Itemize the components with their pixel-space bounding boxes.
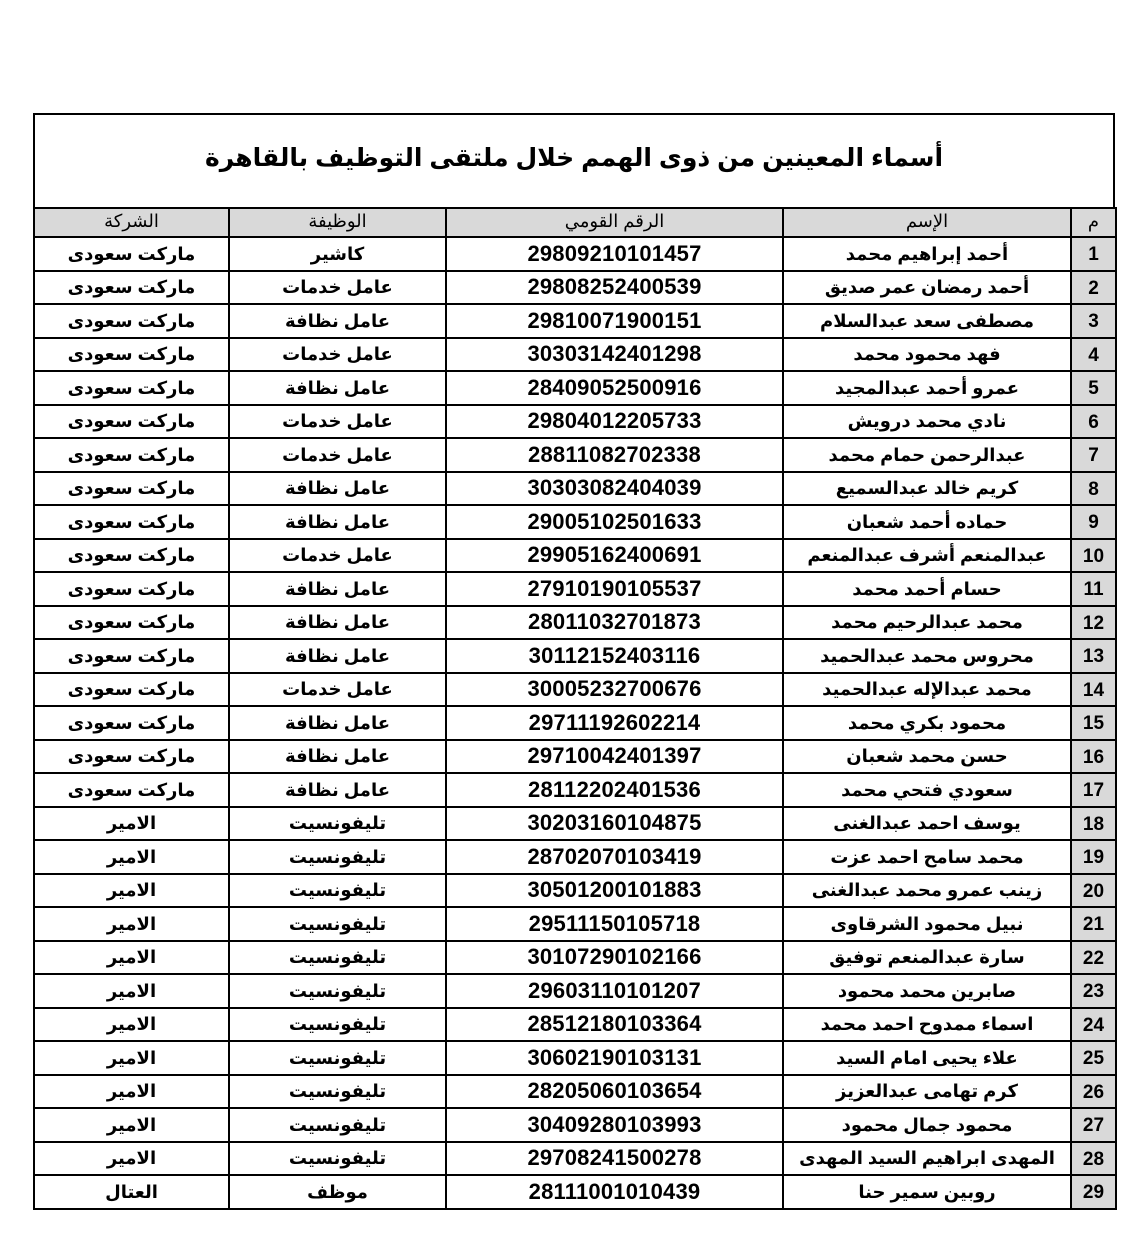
table-row: 10عبدالمنعم أشرف عبدالمنعم29905162400691…: [34, 539, 1116, 573]
cell-job: عامل نظافة: [229, 472, 446, 506]
table-row: 25علاء يحيى امام السيد30602190103131تليف…: [34, 1041, 1116, 1075]
cell-job: عامل نظافة: [229, 706, 446, 740]
cell-index: 1: [1071, 237, 1116, 271]
cell-name: حسام أحمد محمد: [783, 572, 1071, 606]
cell-index: 24: [1071, 1008, 1116, 1042]
document-sheet: أسماء المعينين من ذوى الهمم خلال ملتقى ا…: [33, 113, 1115, 1210]
cell-national-id: 30303142401298: [446, 338, 783, 372]
cell-company: ماركت سعودى: [34, 438, 229, 472]
cell-company: الامير: [34, 907, 229, 941]
header-national-id: الرقم القومي: [446, 208, 783, 237]
cell-national-id: 29809210101457: [446, 237, 783, 271]
cell-name: حسن محمد شعبان: [783, 740, 1071, 774]
table-row: 11حسام أحمد محمد27910190105537عامل نظافة…: [34, 572, 1116, 606]
header-index: م: [1071, 208, 1116, 237]
table-row: 13محروس محمد عبدالحميد30112152403116عامل…: [34, 639, 1116, 673]
cell-name: يوسف احمد عبدالغنى: [783, 807, 1071, 841]
cell-job: عامل خدمات: [229, 405, 446, 439]
cell-job: عامل نظافة: [229, 572, 446, 606]
cell-job: تليفونسيت: [229, 807, 446, 841]
cell-company: الامير: [34, 1008, 229, 1042]
cell-index: 29: [1071, 1175, 1116, 1209]
cell-name: كريم خالد عبدالسميع: [783, 472, 1071, 506]
cell-job: موظف: [229, 1175, 446, 1209]
cell-job: تليفونسيت: [229, 907, 446, 941]
cell-national-id: 28112202401536: [446, 773, 783, 807]
cell-name: محمد سامح احمد عزت: [783, 840, 1071, 874]
cell-company: ماركت سعودى: [34, 472, 229, 506]
cell-national-id: 30303082404039: [446, 472, 783, 506]
table-row: 20زينب عمرو محمد عبدالغنى30501200101883ت…: [34, 874, 1116, 908]
cell-company: ماركت سعودى: [34, 673, 229, 707]
cell-company: الامير: [34, 840, 229, 874]
cell-company: ماركت سعودى: [34, 338, 229, 372]
cell-national-id: 28702070103419: [446, 840, 783, 874]
cell-name: المهدى ابراهيم السيد المهدى: [783, 1142, 1071, 1176]
table-row: 19محمد سامح احمد عزت28702070103419تليفون…: [34, 840, 1116, 874]
cell-job: تليفونسيت: [229, 1008, 446, 1042]
table-row: 28المهدى ابراهيم السيد المهدى29708241500…: [34, 1142, 1116, 1176]
cell-national-id: 29005102501633: [446, 505, 783, 539]
table-row: 26كرم تهامى عبدالعزيز28205060103654تليفو…: [34, 1075, 1116, 1109]
cell-index: 28: [1071, 1142, 1116, 1176]
cell-index: 10: [1071, 539, 1116, 573]
cell-index: 25: [1071, 1041, 1116, 1075]
cell-national-id: 29905162400691: [446, 539, 783, 573]
cell-national-id: 30107290102166: [446, 941, 783, 975]
cell-name: نادي محمد درويش: [783, 405, 1071, 439]
cell-company: ماركت سعودى: [34, 371, 229, 405]
cell-job: عامل خدمات: [229, 438, 446, 472]
cell-job: تليفونسيت: [229, 1075, 446, 1109]
table-row: 3مصطفى سعد عبدالسلام29810071900151عامل ن…: [34, 304, 1116, 338]
cell-company: ماركت سعودى: [34, 773, 229, 807]
cell-national-id: 29710042401397: [446, 740, 783, 774]
table-row: 24اسماء ممدوح احمد محمد28512180103364تلي…: [34, 1008, 1116, 1042]
cell-index: 16: [1071, 740, 1116, 774]
cell-national-id: 29511150105718: [446, 907, 783, 941]
cell-national-id: 30112152403116: [446, 639, 783, 673]
cell-name: سارة عبدالمنعم توفيق: [783, 941, 1071, 975]
table-row: 2أحمد رمضان عمر صديق29808252400539عامل خ…: [34, 271, 1116, 305]
table-row: 16حسن محمد شعبان29710042401397عامل نظافة…: [34, 740, 1116, 774]
table-row: 17سعودي فتحي محمد28112202401536عامل نظاف…: [34, 773, 1116, 807]
table-row: 21نبيل محمود الشرقاوى29511150105718تليفو…: [34, 907, 1116, 941]
table-row: 1أحمد إبراهيم محمد29809210101457كاشيرمار…: [34, 237, 1116, 271]
cell-national-id: 30203160104875: [446, 807, 783, 841]
header-name: الإسم: [783, 208, 1071, 237]
table-row: 23صابرين محمد محمود29603110101207تليفونس…: [34, 974, 1116, 1008]
cell-national-id: 28205060103654: [446, 1075, 783, 1109]
cell-company: ماركت سعودى: [34, 304, 229, 338]
cell-national-id: 29810071900151: [446, 304, 783, 338]
cell-name: كرم تهامى عبدالعزيز: [783, 1075, 1071, 1109]
cell-name: محمد عبدالرحيم محمد: [783, 606, 1071, 640]
cell-national-id: 29804012205733: [446, 405, 783, 439]
cell-job: عامل نظافة: [229, 773, 446, 807]
cell-index: 22: [1071, 941, 1116, 975]
table-row: 8كريم خالد عبدالسميع30303082404039عامل ن…: [34, 472, 1116, 506]
cell-job: كاشير: [229, 237, 446, 271]
cell-national-id: 29603110101207: [446, 974, 783, 1008]
cell-index: 15: [1071, 706, 1116, 740]
cell-job: عامل خدمات: [229, 539, 446, 573]
cell-job: عامل نظافة: [229, 304, 446, 338]
table-row: 4فهد محمود محمد30303142401298عامل خدماتم…: [34, 338, 1116, 372]
cell-name: زينب عمرو محمد عبدالغنى: [783, 874, 1071, 908]
cell-job: عامل نظافة: [229, 505, 446, 539]
cell-company: ماركت سعودى: [34, 740, 229, 774]
cell-name: حماده أحمد شعبان: [783, 505, 1071, 539]
table-row: 15محمود بكري محمد29711192602214عامل نظاف…: [34, 706, 1116, 740]
cell-name: محمود جمال محمود: [783, 1108, 1071, 1142]
cell-index: 8: [1071, 472, 1116, 506]
cell-job: عامل نظافة: [229, 639, 446, 673]
cell-job: تليفونسيت: [229, 1041, 446, 1075]
cell-national-id: 29808252400539: [446, 271, 783, 305]
cell-national-id: 27910190105537: [446, 572, 783, 606]
cell-index: 17: [1071, 773, 1116, 807]
cell-index: 9: [1071, 505, 1116, 539]
cell-company: ماركت سعودى: [34, 539, 229, 573]
cell-job: تليفونسيت: [229, 974, 446, 1008]
cell-company: الامير: [34, 1041, 229, 1075]
cell-national-id: 28011032701873: [446, 606, 783, 640]
cell-job: تليفونسيت: [229, 1108, 446, 1142]
cell-national-id: 28811082702338: [446, 438, 783, 472]
title-box: أسماء المعينين من ذوى الهمم خلال ملتقى ا…: [33, 113, 1115, 207]
cell-index: 20: [1071, 874, 1116, 908]
document-title: أسماء المعينين من ذوى الهمم خلال ملتقى ا…: [205, 143, 943, 173]
cell-index: 2: [1071, 271, 1116, 305]
cell-job: عامل نظافة: [229, 740, 446, 774]
cell-job: عامل نظافة: [229, 371, 446, 405]
cell-index: 14: [1071, 673, 1116, 707]
cell-company: الامير: [34, 807, 229, 841]
cell-name: محروس محمد عبدالحميد: [783, 639, 1071, 673]
cell-index: 11: [1071, 572, 1116, 606]
table-row: 27محمود جمال محمود30409280103993تليفونسي…: [34, 1108, 1116, 1142]
cell-name: أحمد إبراهيم محمد: [783, 237, 1071, 271]
cell-name: محمد عبدالإله عبدالحميد: [783, 673, 1071, 707]
cell-company: ماركت سعودى: [34, 606, 229, 640]
cell-national-id: 29711192602214: [446, 706, 783, 740]
cell-job: عامل خدمات: [229, 271, 446, 305]
table-row: 14محمد عبدالإله عبدالحميد30005232700676ع…: [34, 673, 1116, 707]
cell-name: سعودي فتحي محمد: [783, 773, 1071, 807]
table-row: 5عمرو أحمد عبدالمجيد28409052500916عامل ن…: [34, 371, 1116, 405]
table-body: 1أحمد إبراهيم محمد29809210101457كاشيرمار…: [34, 237, 1116, 1209]
employees-table: م الإسم الرقم القومي الوظيفة الشركة 1أحم…: [33, 207, 1117, 1210]
table-row: 6نادي محمد درويش29804012205733عامل خدمات…: [34, 405, 1116, 439]
cell-index: 12: [1071, 606, 1116, 640]
cell-index: 6: [1071, 405, 1116, 439]
cell-company: الامير: [34, 1075, 229, 1109]
table-row: 9حماده أحمد شعبان29005102501633عامل نظاف…: [34, 505, 1116, 539]
cell-index: 19: [1071, 840, 1116, 874]
cell-national-id: 28111001010439: [446, 1175, 783, 1209]
cell-company: الامير: [34, 1142, 229, 1176]
table-row: 7عبدالرحمن حمام محمد28811082702338عامل خ…: [34, 438, 1116, 472]
cell-name: روبين سمير حنا: [783, 1175, 1071, 1209]
table-row: 22سارة عبدالمنعم توفيق30107290102166تليف…: [34, 941, 1116, 975]
cell-index: 13: [1071, 639, 1116, 673]
header-company: الشركة: [34, 208, 229, 237]
cell-index: 26: [1071, 1075, 1116, 1109]
cell-job: تليفونسيت: [229, 941, 446, 975]
cell-job: عامل خدمات: [229, 338, 446, 372]
cell-index: 3: [1071, 304, 1116, 338]
cell-company: ماركت سعودى: [34, 706, 229, 740]
cell-name: عبدالمنعم أشرف عبدالمنعم: [783, 539, 1071, 573]
cell-company: ماركت سعودى: [34, 639, 229, 673]
cell-company: ماركت سعودى: [34, 572, 229, 606]
cell-company: ماركت سعودى: [34, 505, 229, 539]
cell-company: الامير: [34, 874, 229, 908]
header-job: الوظيفة: [229, 208, 446, 237]
cell-job: تليفونسيت: [229, 1142, 446, 1176]
cell-index: 18: [1071, 807, 1116, 841]
cell-company: الامير: [34, 974, 229, 1008]
cell-name: نبيل محمود الشرقاوى: [783, 907, 1071, 941]
cell-national-id: 28512180103364: [446, 1008, 783, 1042]
cell-index: 27: [1071, 1108, 1116, 1142]
cell-company: ماركت سعودى: [34, 405, 229, 439]
cell-company: ماركت سعودى: [34, 237, 229, 271]
cell-name: صابرين محمد محمود: [783, 974, 1071, 1008]
cell-company: الامير: [34, 1108, 229, 1142]
cell-national-id: 28409052500916: [446, 371, 783, 405]
table-header-row: م الإسم الرقم القومي الوظيفة الشركة: [34, 208, 1116, 237]
cell-company: الامير: [34, 941, 229, 975]
cell-name: عبدالرحمن حمام محمد: [783, 438, 1071, 472]
cell-name: فهد محمود محمد: [783, 338, 1071, 372]
cell-index: 4: [1071, 338, 1116, 372]
cell-name: أحمد رمضان عمر صديق: [783, 271, 1071, 305]
cell-name: اسماء ممدوح احمد محمد: [783, 1008, 1071, 1042]
table-row: 12محمد عبدالرحيم محمد28011032701873عامل …: [34, 606, 1116, 640]
cell-name: محمود بكري محمد: [783, 706, 1071, 740]
cell-company: ماركت سعودى: [34, 271, 229, 305]
cell-name: عمرو أحمد عبدالمجيد: [783, 371, 1071, 405]
cell-index: 21: [1071, 907, 1116, 941]
table-row: 18يوسف احمد عبدالغنى30203160104875تليفون…: [34, 807, 1116, 841]
cell-job: تليفونسيت: [229, 874, 446, 908]
cell-index: 7: [1071, 438, 1116, 472]
cell-national-id: 30602190103131: [446, 1041, 783, 1075]
cell-job: تليفونسيت: [229, 840, 446, 874]
cell-job: عامل نظافة: [229, 606, 446, 640]
cell-name: مصطفى سعد عبدالسلام: [783, 304, 1071, 338]
cell-company: العتال: [34, 1175, 229, 1209]
cell-name: علاء يحيى امام السيد: [783, 1041, 1071, 1075]
cell-national-id: 29708241500278: [446, 1142, 783, 1176]
cell-job: عامل خدمات: [229, 673, 446, 707]
cell-national-id: 30005232700676: [446, 673, 783, 707]
table-row: 29روبين سمير حنا28111001010439موظفالعتال: [34, 1175, 1116, 1209]
cell-national-id: 30501200101883: [446, 874, 783, 908]
cell-national-id: 30409280103993: [446, 1108, 783, 1142]
cell-index: 23: [1071, 974, 1116, 1008]
cell-index: 5: [1071, 371, 1116, 405]
